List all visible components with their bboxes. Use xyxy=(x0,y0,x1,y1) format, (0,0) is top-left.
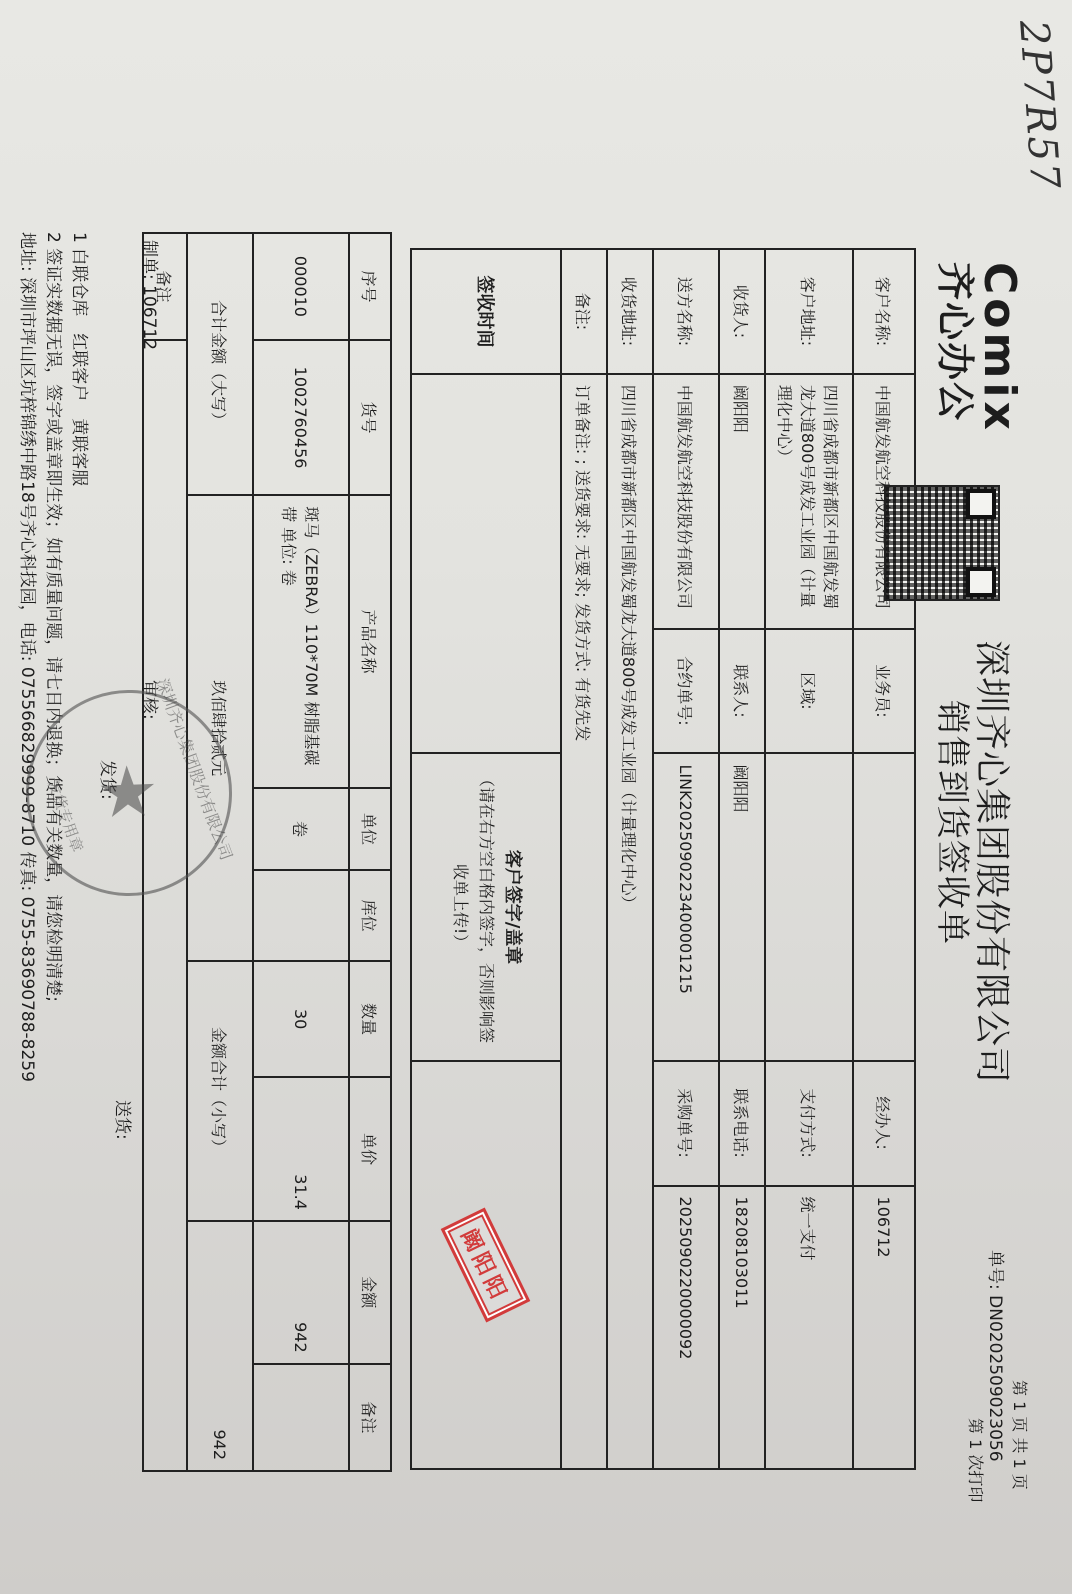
contact-value: 阚阳阳 xyxy=(719,753,765,1060)
col-header-qty: 数量 xyxy=(349,961,391,1077)
contract-value: LINK2025090223400001215 xyxy=(653,753,719,1060)
company-logo: Comix 齐心办公 xyxy=(934,262,1022,434)
customer-name-label: 客户名称: xyxy=(853,249,915,374)
sender-value: 中国航发航空科技股份有限公司 xyxy=(653,374,719,629)
bottom-note-value xyxy=(143,340,187,1471)
col-header-price: 单价 xyxy=(349,1077,391,1221)
customer-sign-field[interactable]: 阚阳阳 xyxy=(411,1061,561,1469)
region-value xyxy=(765,753,853,1060)
customer-address-value: 四川省成都市新都区中国航发蜀龙大道800号成发工业园（计量理化中心） xyxy=(765,374,853,629)
sender-label: 送方名称: xyxy=(653,249,719,374)
contract-label: 合约单号: xyxy=(653,629,719,754)
delivery-receipt-document: 2P7R57 Comix 齐心办公 深圳齐心集团股份有限公司 销售到货签收单 第… xyxy=(0,0,1072,1594)
remark-label: 备注: xyxy=(561,249,607,374)
col-header-unit: 单位 xyxy=(349,788,391,871)
payment-label: 支付方式: xyxy=(765,1061,853,1186)
col-header-amount: 金额 xyxy=(349,1221,391,1364)
purchase-label: 采购单号: xyxy=(653,1061,719,1186)
item-price: 31.4 xyxy=(253,1077,349,1221)
logo-en: Comix xyxy=(976,262,1022,434)
salesperson-label: 业务员: xyxy=(853,629,915,754)
handler-label: 经办人: xyxy=(853,1061,915,1186)
doc-no-label: 单号: xyxy=(985,1250,1005,1290)
region-label: 区域: xyxy=(765,629,853,754)
customer-sign-hint: （请在右方空白格内签字，否则影响签收单上传!） xyxy=(451,771,496,1043)
item-seq: 000010 xyxy=(253,233,349,340)
col-header-name: 产品名称 xyxy=(349,495,391,788)
document-title: 销售到货签收单 xyxy=(931,700,980,945)
item-note xyxy=(253,1364,349,1471)
document-number: 单号: DN0202509023056 xyxy=(985,1250,1010,1462)
print-count: 第 1 次打印 xyxy=(965,1418,988,1502)
star-icon: ★ xyxy=(80,749,179,836)
payment-value: 统一支付 xyxy=(765,1186,853,1469)
customer-sign-label: 客户签字/盖章 （请在右方空白格内签字，否则影响签收单上传!） xyxy=(411,753,561,1060)
copy-distribution-note: 1 白联仓库 红联客户 黄联客服 xyxy=(69,232,94,486)
item-location xyxy=(253,870,349,961)
item-amount: 942 xyxy=(253,1221,349,1364)
maker-value: 106712 xyxy=(139,285,159,350)
maker-label: 制单: xyxy=(139,240,159,280)
total-num-label: 金额合计（小写） xyxy=(187,961,253,1221)
phone-value: 18208103011 xyxy=(719,1186,765,1469)
deliverer-label: 送货: xyxy=(112,1100,137,1140)
handwritten-note: 2P7R57 xyxy=(1010,19,1068,193)
doc-no-value: DN0202509023056 xyxy=(985,1295,1005,1461)
col-header-location: 库位 xyxy=(349,870,391,961)
customer-red-stamp: 阚阳阳 xyxy=(441,1207,531,1322)
total-num-value: 942 xyxy=(187,1221,253,1471)
item-unit: 卷 xyxy=(253,788,349,871)
company-address: 地址: 深圳市坪山区坑梓锦绣中路18号齐心科技园，电话: 07556682999… xyxy=(17,232,42,1082)
consignee-label: 收货人: xyxy=(719,249,765,374)
item-qty: 30 xyxy=(253,961,349,1077)
phone-label: 联系电话: xyxy=(719,1061,765,1186)
maker: 制单: 106712 xyxy=(139,240,164,350)
delivery-address-value: 四川省成都市新都区中国航发蜀龙大道800号成发工业园（计量理化中心） xyxy=(607,374,653,1469)
item-name: 斑马（ZEBRA）110*70M 树脂基碳带 单位: 卷 xyxy=(253,495,349,788)
col-header-note: 备注 xyxy=(349,1364,391,1471)
contact-label: 联系人: xyxy=(719,629,765,754)
customer-info-table: 客户名称: 中国航发航空科技股份有限公司 业务员: 经办人: 106712 客户… xyxy=(410,248,916,1470)
sign-time-field[interactable] xyxy=(411,374,561,754)
table-row: 000010 1002760456 斑马（ZEBRA）110*70M 树脂基碳带… xyxy=(253,233,349,1471)
handler-value: 106712 xyxy=(853,1186,915,1469)
sign-time-label: 签收时间 xyxy=(411,249,561,374)
customer-address-label: 客户地址: xyxy=(765,249,853,374)
customer-name-value: 中国航发航空科技股份有限公司 xyxy=(853,374,915,629)
terms-note: 2 签证实数据无误，签字或盖章即生效；如有质量问题，请七日内退换；货品有关数量，… xyxy=(43,232,68,1002)
item-sku: 1002760456 xyxy=(253,340,349,495)
total-cn-label: 合计金额（大写） xyxy=(187,233,253,495)
col-header-seq: 序号 xyxy=(349,233,391,340)
logo-cn: 齐心办公 xyxy=(934,262,976,434)
customer-sign-title: 客户签字/盖章 xyxy=(502,850,523,965)
purchase-value: 2025090220000092 xyxy=(653,1186,719,1469)
col-header-sku: 货号 xyxy=(349,340,391,495)
page-info: 第 1 页 共 1 页 xyxy=(1009,1380,1032,1490)
delivery-address-label: 收货地址: xyxy=(607,249,653,374)
salesperson-value xyxy=(853,753,915,1060)
consignee-value: 阚阳阳 xyxy=(719,374,765,629)
remark-value: 订单备注: ; 送货要求: 无要求; 发货方式: 有货先发 xyxy=(561,374,607,1469)
